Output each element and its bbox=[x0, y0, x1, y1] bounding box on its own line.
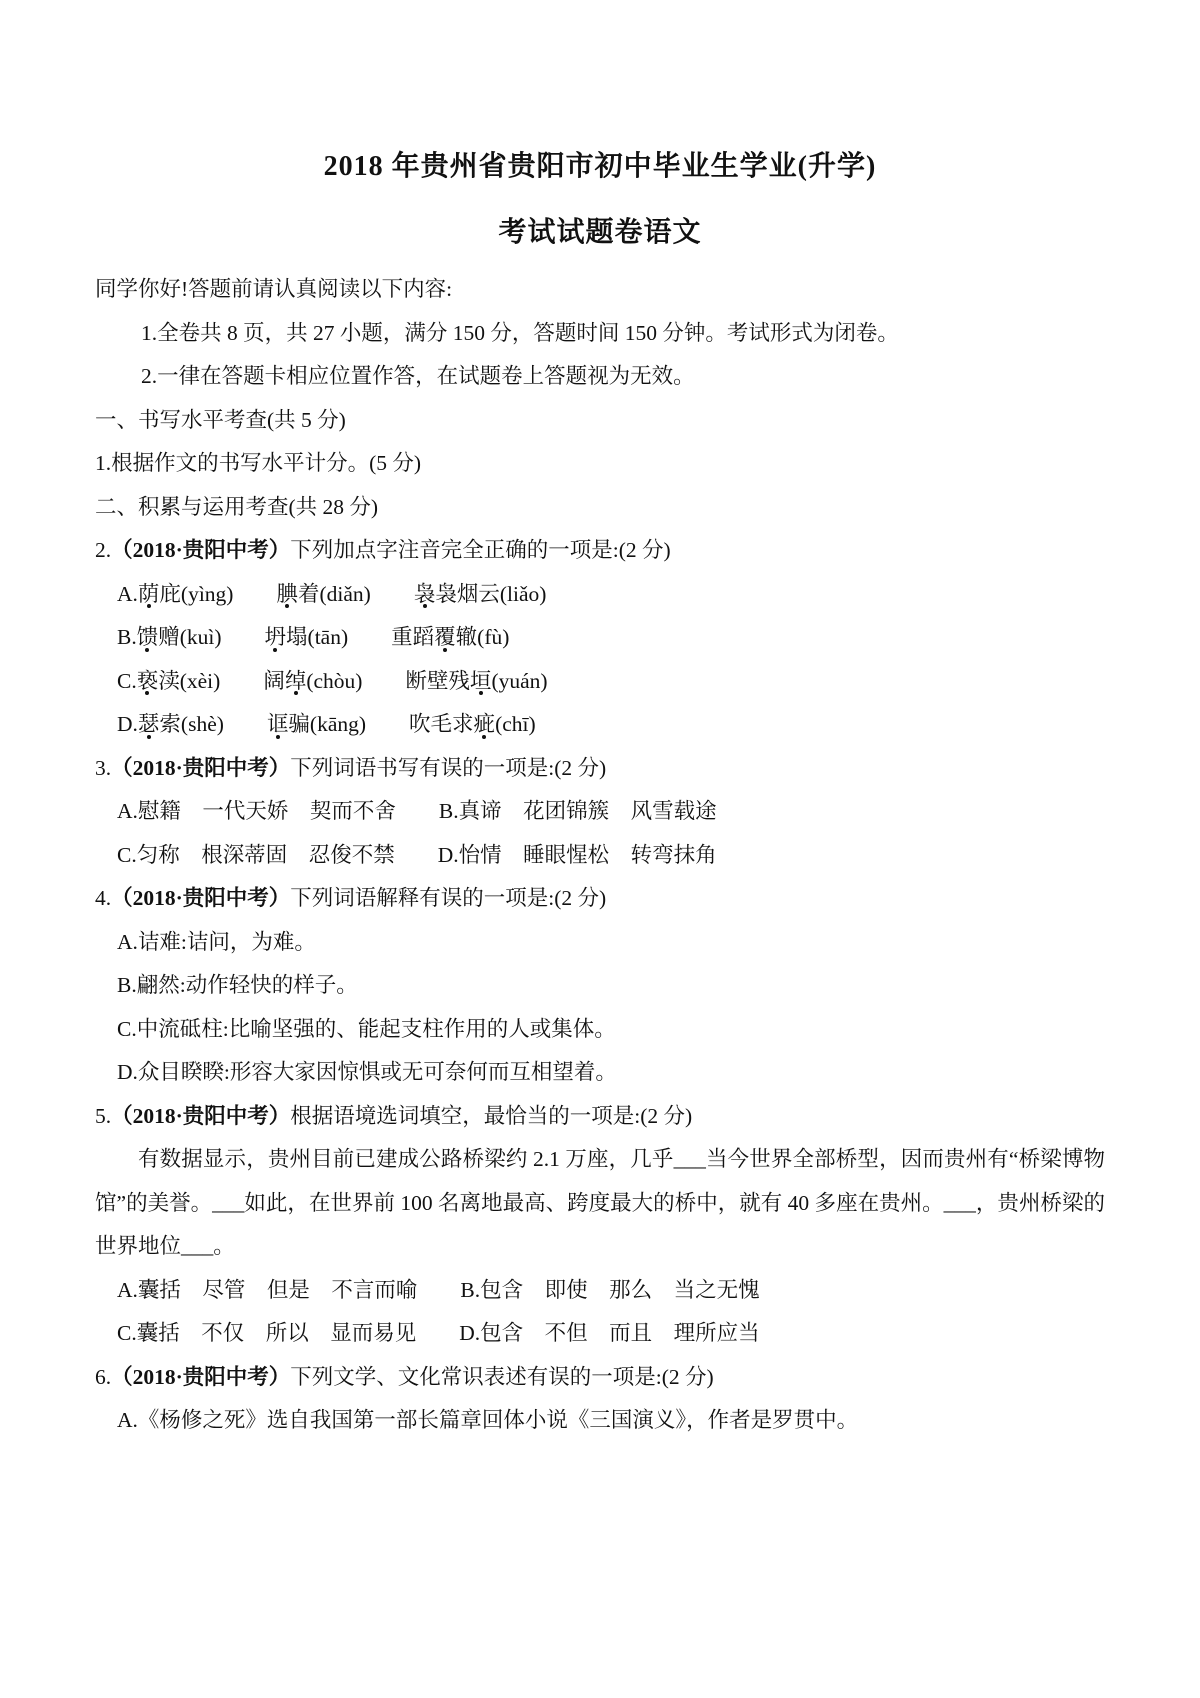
question-3-option-row-cd: C.匀称 根深蒂固 忍俊不禁 D.怡情 睡眼惺松 转弯抹角 bbox=[95, 834, 1105, 878]
question-6-text: 下列文学、文化常识表述有误的一项是:(2 分) bbox=[290, 1365, 713, 1389]
emphasized-character: 垣 bbox=[470, 669, 492, 693]
question-6-option-a: A.《杨修之死》选自我国第一部长篇章回体小说《三国演义》，作者是罗贯中。 bbox=[95, 1399, 1105, 1443]
question-2-option-c: C.亵渎(xèi) 阔绰(chòu) 断壁残垣(yuán) bbox=[95, 660, 1105, 704]
question-3-number: 3. bbox=[95, 756, 111, 780]
question-4-option-b: B.翩然:动作轻快的样子。 bbox=[95, 964, 1105, 1008]
question-3-source: （2018·贵阳中考） bbox=[111, 756, 290, 780]
exam-title-line2: 考试试题卷语文 bbox=[95, 214, 1105, 252]
question-5-number: 5. bbox=[95, 1104, 111, 1128]
question-2-option-a: A.荫庇(yìng) 腆着(diǎn) 袅袅烟云(liǎo) bbox=[95, 573, 1105, 617]
question-5-source: （2018·贵阳中考） bbox=[111, 1104, 290, 1128]
emphasized-character: 馈 bbox=[137, 625, 159, 649]
instruction-note-2: 2.一律在答题卡相应位置作答，在试题卷上答题视为无效。 bbox=[95, 355, 1105, 399]
emphasized-character: 腆 bbox=[276, 582, 298, 606]
emphasized-character: 荫 bbox=[138, 582, 160, 606]
question-5-passage: 有数据显示，贵州目前已建成公路桥梁约 2.1 万座，几乎___当今世界全部桥型，… bbox=[95, 1138, 1105, 1269]
emphasized-character: 瑟 bbox=[138, 712, 160, 736]
emphasized-character: 诓 bbox=[267, 712, 289, 736]
question-3-stem: 3.（2018·贵阳中考）下列词语书写有误的一项是:(2 分) bbox=[95, 747, 1105, 791]
section-2-heading: 二、积累与运用考查(共 28 分) bbox=[95, 486, 1105, 530]
section-1-item-1: 1.根据作文的书写水平计分。(5 分) bbox=[95, 442, 1105, 486]
question-3-text: 下列词语书写有误的一项是:(2 分) bbox=[290, 756, 606, 780]
question-4-option-c: C.中流砥柱:比喻坚强的、能起支柱作用的人或集体。 bbox=[95, 1008, 1105, 1052]
question-2-text: 下列加点字注音完全正确的一项是:(2 分) bbox=[290, 538, 670, 562]
emphasized-character: 疵 bbox=[474, 712, 496, 736]
question-5-option-row-cd: C.囊括 不仅 所以 显而易见 D.包含 不但 而且 理所应当 bbox=[95, 1312, 1105, 1356]
question-4-number: 4. bbox=[95, 886, 111, 910]
question-6-number: 6. bbox=[95, 1365, 111, 1389]
question-2-option-b: B.馈赠(kuì) 坍塌(tān) 重蹈覆辙(fù) bbox=[95, 616, 1105, 660]
question-4-source: （2018·贵阳中考） bbox=[111, 886, 290, 910]
question-2-number: 2. bbox=[95, 538, 111, 562]
question-6-stem: 6.（2018·贵阳中考）下列文学、文化常识表述有误的一项是:(2 分) bbox=[95, 1356, 1105, 1400]
exam-paper-page: 2018 年贵州省贵阳市初中毕业生学业(升学) 考试试题卷语文 同学你好!答题前… bbox=[0, 0, 1200, 1443]
emphasized-character: 覆 bbox=[434, 625, 456, 649]
question-2-source: （2018·贵阳中考） bbox=[111, 538, 290, 562]
question-2-option-d: D.瑟索(shè) 诓骗(kāng) 吹毛求疵(chī) bbox=[95, 703, 1105, 747]
question-4-option-d: D.众目睽睽:形容大家因惊惧或无可奈何而互相望着。 bbox=[95, 1051, 1105, 1095]
question-6-source: （2018·贵阳中考） bbox=[111, 1365, 290, 1389]
emphasized-character: 坍 bbox=[265, 625, 287, 649]
question-4-stem: 4.（2018·贵阳中考）下列词语解释有误的一项是:(2 分) bbox=[95, 877, 1105, 921]
question-4-option-a: A.诘难:诘问，为难。 bbox=[95, 921, 1105, 965]
emphasized-character: 亵 bbox=[137, 669, 159, 693]
section-1-heading: 一、书写水平考查(共 5 分) bbox=[95, 399, 1105, 443]
question-5-stem: 5.（2018·贵阳中考）根据语境选词填空，最恰当的一项是:(2 分) bbox=[95, 1095, 1105, 1139]
question-2-stem: 2.（2018·贵阳中考）下列加点字注音完全正确的一项是:(2 分) bbox=[95, 529, 1105, 573]
question-3-option-row-ab: A.慰籍 一代天娇 契而不舍 B.真谛 花团锦簇 风雪载途 bbox=[95, 790, 1105, 834]
emphasized-character: 袅 bbox=[414, 582, 436, 606]
emphasized-character: 绰 bbox=[285, 669, 307, 693]
exam-title-line1: 2018 年贵州省贵阳市初中毕业生学业(升学) bbox=[95, 148, 1105, 186]
question-5-option-row-ab: A.囊括 尽管 但是 不言而喻 B.包含 即使 那么 当之无愧 bbox=[95, 1269, 1105, 1313]
question-4-text: 下列词语解释有误的一项是:(2 分) bbox=[290, 886, 606, 910]
greeting-line: 同学你好!答题前请认真阅读以下内容: bbox=[95, 268, 1105, 312]
question-5-text: 根据语境选词填空，最恰当的一项是:(2 分) bbox=[290, 1104, 692, 1128]
instruction-note-1: 1.全卷共 8 页，共 27 小题，满分 150 分，答题时间 150 分钟。考… bbox=[95, 312, 1105, 356]
